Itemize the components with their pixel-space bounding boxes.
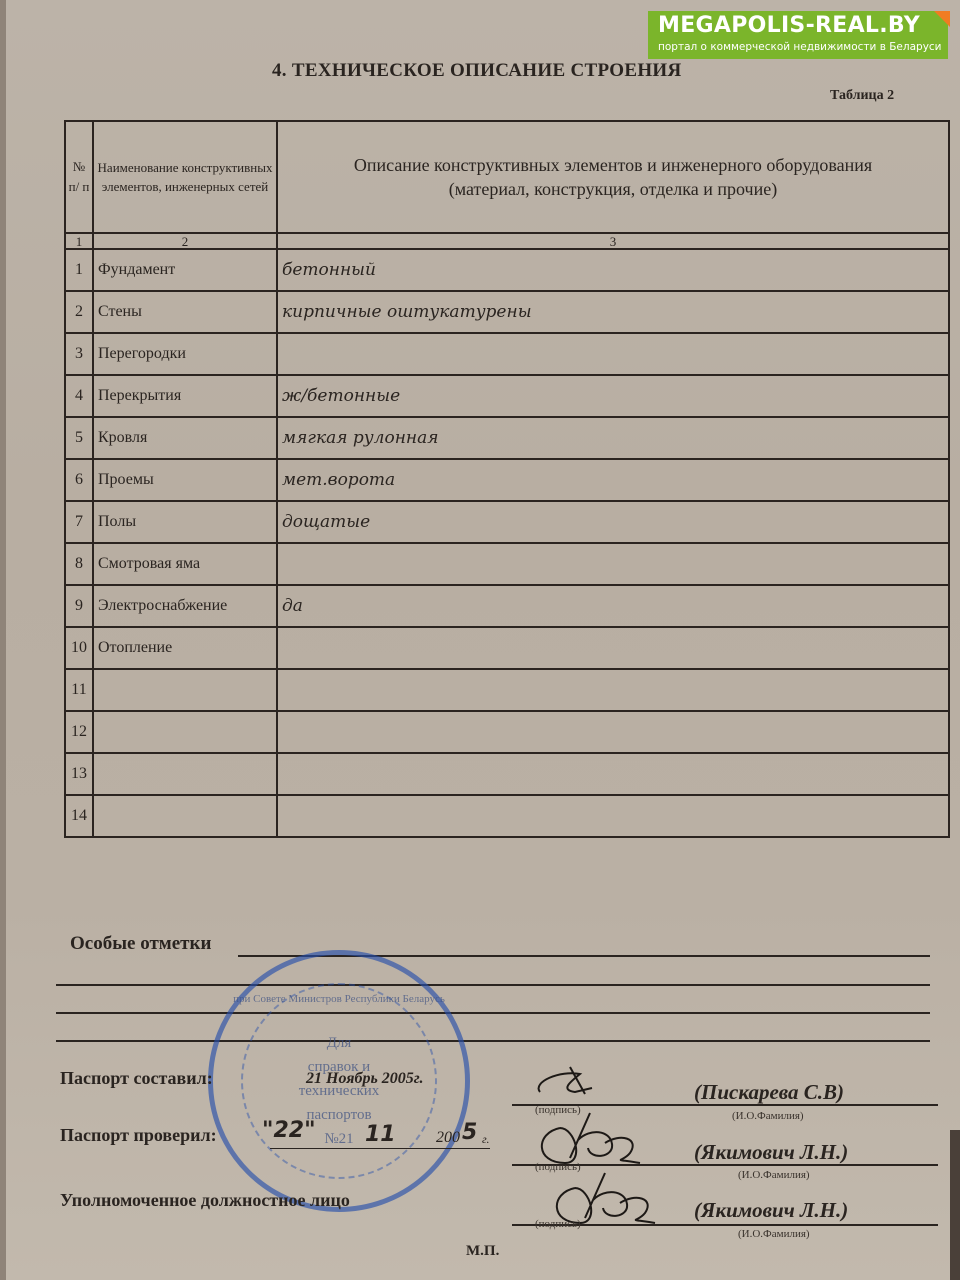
checked-year-suffix: 5: [462, 1120, 477, 1145]
table-row: 12: [65, 711, 949, 753]
row-desc: [277, 627, 949, 669]
row-name: Проемы: [93, 459, 277, 501]
row-num: 1: [65, 249, 93, 291]
banner-corner-icon: [934, 11, 950, 27]
row-num: 3: [65, 333, 93, 375]
table-row: 7Полыдощатые: [65, 501, 949, 543]
table-row: 4Перекрытияж/бетонные: [65, 375, 949, 417]
page-edge: [0, 0, 6, 1280]
header-description: Описание конструктивных элементов и инже…: [277, 121, 949, 233]
table-label: Таблица 2: [830, 88, 894, 104]
row-num: 7: [65, 501, 93, 543]
checked-day: "22": [262, 1118, 316, 1143]
row-desc: [277, 753, 949, 795]
column-number: 1: [65, 233, 93, 249]
row-num: 12: [65, 711, 93, 753]
row-name: Полы: [93, 501, 277, 543]
row-name: Стены: [93, 291, 277, 333]
row-desc: ж/бетонные: [277, 375, 949, 417]
stamp-line: №21: [213, 1131, 465, 1148]
seal-place-label: М.П.: [466, 1243, 499, 1260]
header-num: № п/ п: [65, 121, 93, 233]
row-name: Смотровая яма: [93, 543, 277, 585]
table-row: 5Кровлямягкая рулонная: [65, 417, 949, 459]
row-num: 11: [65, 669, 93, 711]
table-row: 8Смотровая яма: [65, 543, 949, 585]
table-row: 10Отопление: [65, 627, 949, 669]
name-caption: (И.О.Фамилия): [738, 1228, 810, 1240]
technical-description-table: № п/ п Наименование конструктивных элеме…: [64, 120, 950, 838]
column-number: 3: [277, 233, 949, 249]
row-num: 9: [65, 585, 93, 627]
column-number-row: 1 2 3: [65, 233, 949, 249]
row-num: 13: [65, 753, 93, 795]
row-name: Кровля: [93, 417, 277, 459]
banner-title: MEGAPOLIS-REAL.BY: [658, 13, 920, 38]
date-line: [270, 1148, 490, 1149]
special-notes-label: Особые отметки: [70, 933, 211, 955]
row-num: 5: [65, 417, 93, 459]
official-name: (Якимович Л.Н.): [694, 1198, 848, 1223]
signature-icon: [530, 1062, 610, 1102]
signature-caption: (подпись): [535, 1218, 581, 1230]
row-num: 14: [65, 795, 93, 837]
page-edge-shadow: [950, 1130, 960, 1280]
row-num: 8: [65, 543, 93, 585]
header-description-line1: Описание конструктивных элементов и инже…: [354, 155, 872, 175]
table-row: 3Перегородки: [65, 333, 949, 375]
row-desc: мягкая рулонная: [277, 417, 949, 459]
stamp-line: паспортов: [213, 1107, 465, 1124]
header-name: Наименование конструктивных элементов, и…: [93, 121, 277, 233]
table-row: 11: [65, 669, 949, 711]
table-header-row: № п/ п Наименование конструктивных элеме…: [65, 121, 949, 233]
notes-line: [56, 984, 930, 986]
compiled-label: Паспорт составил:: [60, 1068, 213, 1089]
notes-line: [56, 1040, 930, 1042]
row-name: [93, 669, 277, 711]
notes-line: [56, 1012, 930, 1014]
row-name: [93, 795, 277, 837]
row-desc: мет.ворота: [277, 459, 949, 501]
header-description-line2: (материал, конструкция, отделка и прочие…: [449, 179, 777, 199]
row-desc: [277, 795, 949, 837]
row-desc: [277, 711, 949, 753]
page-title: 4. ТЕХНИЧЕСКОЕ ОПИСАНИЕ СТРОЕНИЯ: [272, 60, 682, 82]
row-num: 6: [65, 459, 93, 501]
table-row: 2Стеныкирпичные оштукатурены: [65, 291, 949, 333]
column-number: 2: [93, 233, 277, 249]
table-row: 14: [65, 795, 949, 837]
row-desc: [277, 333, 949, 375]
name-caption: (И.О.Фамилия): [738, 1169, 810, 1181]
table-row: 1Фундаментбетонный: [65, 249, 949, 291]
stamp-ring-text: при Совете Министров Республики Беларусь: [213, 993, 465, 1005]
compiled-name: (Пискарева С.В): [694, 1080, 844, 1105]
checked-month: 11: [365, 1122, 396, 1147]
row-name: Фундамент: [93, 249, 277, 291]
row-num: 4: [65, 375, 93, 417]
row-num: 2: [65, 291, 93, 333]
table-row: 6Проемымет.ворота: [65, 459, 949, 501]
row-name: Отопление: [93, 627, 277, 669]
row-name: Перекрытия: [93, 375, 277, 417]
row-desc: [277, 669, 949, 711]
row-name: Электроснабжение: [93, 585, 277, 627]
checked-name: (Якимович Л.Н.): [694, 1140, 848, 1165]
row-name: Перегородки: [93, 333, 277, 375]
document-page: MEGAPOLIS-REAL.BY портал о коммерческой …: [0, 0, 960, 1280]
row-desc: [277, 543, 949, 585]
row-desc: дощатые: [277, 501, 949, 543]
checked-year-prefix: 200: [436, 1129, 460, 1147]
stamp-line: Для: [213, 1035, 465, 1052]
official-label: Уполномоченное должностное лицо: [60, 1190, 350, 1211]
row-name: [93, 753, 277, 795]
row-desc: бетонный: [277, 249, 949, 291]
checked-year-end: г.: [482, 1132, 490, 1147]
row-desc: да: [277, 585, 949, 627]
table-row: 13: [65, 753, 949, 795]
row-num: 10: [65, 627, 93, 669]
banner-subtitle: портал о коммерческой недвижимости в Бел…: [658, 41, 942, 53]
megapolis-banner[interactable]: MEGAPOLIS-REAL.BY портал о коммерческой …: [648, 11, 948, 59]
row-name: [93, 711, 277, 753]
name-caption: (И.О.Фамилия): [732, 1110, 804, 1122]
checked-label: Паспорт проверил:: [60, 1125, 217, 1146]
compiled-date: 21 Ноябрь 2005г.: [306, 1070, 423, 1088]
row-desc: кирпичные оштукатурены: [277, 291, 949, 333]
table-row: 9Электроснабжениеда: [65, 585, 949, 627]
